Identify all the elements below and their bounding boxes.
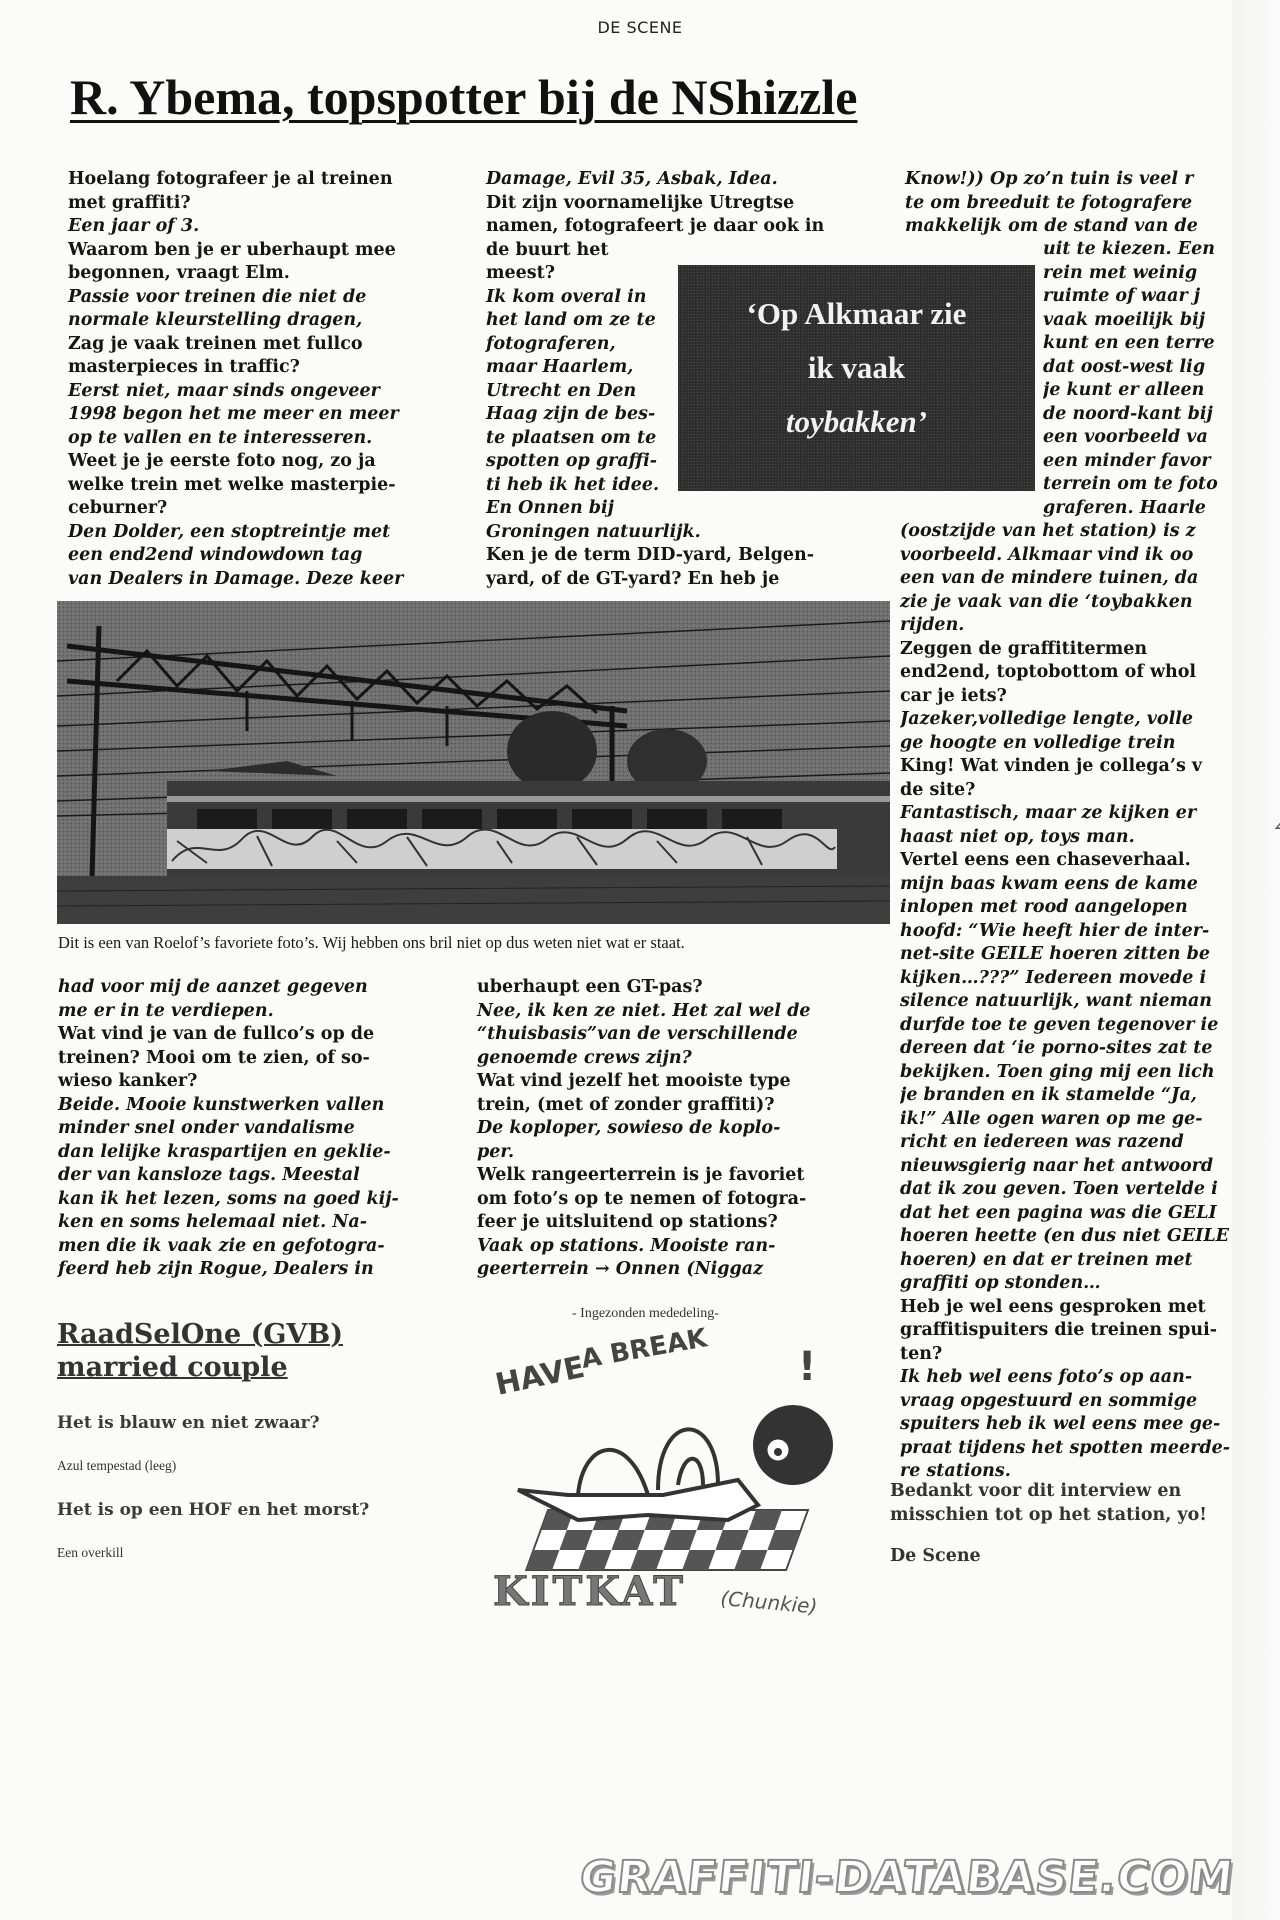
question-line: Hoelang fotografeer je al treinen bbox=[68, 168, 403, 192]
pull-quote-line-1: ‘Op Alkmaar zie bbox=[678, 287, 1035, 341]
answer-line: Een jaar of 3. bbox=[68, 215, 403, 239]
answer-line: Fantastisch, maar ze kijken er bbox=[900, 802, 1233, 826]
answer-line: kunt en een terre bbox=[1043, 332, 1233, 356]
answer-line: Damage, Evil 35, Asbak, Idea. bbox=[486, 168, 824, 192]
answer-line: “thuisbasis”van de verschillende bbox=[477, 1023, 811, 1047]
question-line: Weet je je eerste foto nog, zo ja bbox=[68, 450, 403, 474]
pull-quote: ‘Op Alkmaar zie ik vaak toybakken’ bbox=[678, 265, 1035, 491]
answer-line: hoeren heette (en dus niet GEILE bbox=[900, 1225, 1233, 1249]
answer-line: bekijken. Toen ging mij een lich bbox=[900, 1061, 1233, 1085]
answer-line: op te vallen en te interesseren. bbox=[68, 427, 403, 451]
answer-line: ge hoogte en volledige trein bbox=[900, 732, 1233, 756]
answer-line: minder snel onder vandalisme bbox=[58, 1117, 399, 1141]
answer-line: vaak moeilijk bij bbox=[1043, 309, 1233, 333]
answer-line: dan lelijke kraspartijen en geklie- bbox=[58, 1141, 399, 1165]
answer-line: terrein om te foto bbox=[1043, 473, 1233, 497]
question-line: trein, (met of zonder graffiti)? bbox=[477, 1094, 811, 1118]
train-photo-illustration bbox=[57, 601, 890, 924]
answer-line: dat ik zou geven. Toen vertelde i bbox=[900, 1178, 1233, 1202]
train-graffiti-photo bbox=[57, 601, 890, 924]
answer-line: per. bbox=[477, 1141, 811, 1165]
sidebar-title-line-2: married couple bbox=[57, 1351, 343, 1384]
answer-line: mijn baas kwam eens de kame bbox=[900, 873, 1233, 897]
answer-line: men die ik vaak zie en gefotogra- bbox=[58, 1235, 399, 1259]
answer-line: Passie voor treinen die niet de bbox=[68, 286, 403, 310]
column-3-rest: (oostzijde van het station) is zvoorbeel… bbox=[900, 520, 1233, 1484]
answer-line: Beide. Mooie kunstwerken vallen bbox=[58, 1094, 399, 1118]
answer-line: makkelijk om de stand van de bbox=[905, 215, 1198, 239]
question-line: end2end, toptobottom of whol bbox=[900, 661, 1233, 685]
question-line: yard, of de GT-yard? En heb je bbox=[486, 568, 824, 592]
question-line: Zeggen de graffititermen bbox=[900, 638, 1233, 662]
answer-line: een minder favor bbox=[1043, 450, 1233, 474]
question-line: King! Wat vinden je collega’s v bbox=[900, 755, 1233, 779]
closing-remark: Bedankt voor dit interview en misschien … bbox=[890, 1480, 1207, 1527]
answer-line: graffiti op stonden… bbox=[900, 1272, 1233, 1296]
question-line: de buurt het bbox=[486, 239, 824, 263]
answer-line: nieuwsgierig naar het antwoord bbox=[900, 1155, 1233, 1179]
question-line: ceburner? bbox=[68, 497, 403, 521]
svg-text:(Chunkie): (Chunkie) bbox=[720, 1586, 819, 1618]
question-line: masterpieces in traffic? bbox=[68, 356, 403, 380]
answer-line: voorbeeld. Alkmaar vind ik oo bbox=[900, 544, 1233, 568]
column-3-top: Know!)) Op zo’n tuin is veel rte om bree… bbox=[905, 168, 1198, 239]
question-line: car je iets? bbox=[900, 685, 1233, 709]
answer-line: rein met weinig bbox=[1043, 262, 1233, 286]
svg-text:KITKAT: KITKAT bbox=[493, 1568, 686, 1615]
question-line: treinen? Mooi om te zien, of so- bbox=[58, 1047, 399, 1071]
photo-caption: Dit is een van Roelof’s favoriete foto’s… bbox=[58, 933, 685, 953]
sidebar-answer-1: Azul tempestad (leeg) bbox=[57, 1458, 176, 1474]
answer-line: spuiters heb ik wel eens mee ge- bbox=[900, 1413, 1233, 1437]
article-title: R. Ybema, topspotter bij de NShizzle bbox=[70, 70, 857, 124]
answer-line: uit te kiezen. Een bbox=[1043, 238, 1233, 262]
answer-line: der van kansloze tags. Meestal bbox=[58, 1164, 399, 1188]
answer-line: geerterrein → Onnen (Niggaz bbox=[477, 1258, 811, 1282]
question-line: Vertel eens een chaseverhaal. bbox=[900, 849, 1233, 873]
column-2-bottom: uberhaupt een GT-pas?Nee, ik ken ze niet… bbox=[477, 976, 811, 1282]
question-line: om foto’s op te nemen of fotogra- bbox=[477, 1188, 811, 1212]
answer-line: Vaak op stations. Mooiste ran- bbox=[477, 1235, 811, 1259]
answer-line: genoemde crews zijn? bbox=[477, 1047, 811, 1071]
answer-line: dereen dat ‘ie porno-sites zat te bbox=[900, 1037, 1233, 1061]
answer-line: En Onnen bij bbox=[486, 497, 824, 521]
question-line: Zag je vaak treinen met fullco bbox=[68, 333, 403, 357]
question-line: Heb je wel eens gesproken met bbox=[900, 1296, 1233, 1320]
question-line: ten? bbox=[900, 1343, 1233, 1367]
question-line: feer je uitsluitend op stations? bbox=[477, 1211, 811, 1235]
answer-line: de noord-kant bij bbox=[1043, 403, 1233, 427]
question-line: graffitispuiters die treinen spui- bbox=[900, 1319, 1233, 1343]
answer-line: normale kleurstelling dragen, bbox=[68, 309, 403, 333]
have-a-break-cartoon-icon: HAVE A BREAK ! KITKAT (Chunkie) bbox=[488, 1320, 868, 1620]
answer-line: silence natuurlijk, want nieman bbox=[900, 990, 1233, 1014]
watermark-graffiti-database: GRAFFITI-DATABASE.COM bbox=[578, 1852, 1237, 1903]
answer-line: kan ik het lezen, soms na goed kij- bbox=[58, 1188, 399, 1212]
question-line: Welk rangeerterrein is je favoriet bbox=[477, 1164, 811, 1188]
answer-line: een end2end windowdown tag bbox=[68, 544, 403, 568]
answer-line: 1998 begon het me meer en meer bbox=[68, 403, 403, 427]
question-line: wieso kanker? bbox=[58, 1070, 399, 1094]
svg-text:A BREAK: A BREAK bbox=[579, 1323, 710, 1375]
answer-line: had voor mij de aanzet gegeven bbox=[58, 976, 399, 1000]
answer-line: hoeren) en dat er treinen met bbox=[900, 1249, 1233, 1273]
answer-line: hoofd: “Wie heeft hier de inter- bbox=[900, 920, 1233, 944]
answer-line: zie je vaak van die ‘toybakken bbox=[900, 591, 1233, 615]
question-line: Waarom ben je er uberhaupt mee bbox=[68, 239, 403, 263]
answer-line: van Dealers in Damage. Deze keer bbox=[68, 568, 403, 592]
answer-line: ik!” Alle ogen waren op me ge- bbox=[900, 1108, 1233, 1132]
question-line: Wat vind je van de fullco’s op de bbox=[58, 1023, 399, 1047]
answer-line: je branden en ik stamelde “Ja, bbox=[900, 1084, 1233, 1108]
sidebar-answer-2: Een overkill bbox=[57, 1545, 123, 1561]
question-line: namen, fotografeert je daar ook in bbox=[486, 215, 824, 239]
closing-line-1: Bedankt voor dit interview en bbox=[890, 1480, 1207, 1504]
answer-line: net-site GEILE hoeren zitten be bbox=[900, 943, 1233, 967]
answer-line: Den Dolder, een stoptreintje met bbox=[68, 521, 403, 545]
answer-line: praat tijdens het spotten meerde- bbox=[900, 1437, 1233, 1461]
answer-line: Know!)) Op zo’n tuin is veel r bbox=[905, 168, 1198, 192]
question-line: Wat vind jezelf het mooiste type bbox=[477, 1070, 811, 1094]
answer-line: Ik heb wel eens foto’s op aan- bbox=[900, 1366, 1233, 1390]
page-fold-shadow bbox=[1232, 0, 1280, 1920]
column-1-top: Hoelang fotografeer je al treinenmet gra… bbox=[68, 168, 403, 591]
answer-line: vraag opgestuurd en sommige bbox=[900, 1390, 1233, 1414]
answer-line: kijken…???” Iedereen movede i bbox=[900, 967, 1233, 991]
question-line: Dit zijn voornamelijke Utregtse bbox=[486, 192, 824, 216]
question-line: welke trein met welke masterpie- bbox=[68, 474, 403, 498]
answer-line: De koploper, sowieso de koplo- bbox=[477, 1117, 811, 1141]
section-label: DE SCENE bbox=[0, 18, 1280, 37]
sidebar-question-1: Het is blauw en niet zwaar? bbox=[57, 1413, 320, 1433]
answer-line: ruimte of waar j bbox=[1043, 285, 1233, 309]
pull-quote-line-3: toybakken’ bbox=[678, 395, 1035, 449]
answer-line: haast niet op, toys man. bbox=[900, 826, 1233, 850]
answer-line: feerd heb zijn Rogue, Dealers in bbox=[58, 1258, 399, 1282]
closing-line-2: misschien tot op het station, yo! bbox=[890, 1504, 1207, 1528]
answer-line: een voorbeeld va bbox=[1043, 426, 1233, 450]
question-line: de site? bbox=[900, 779, 1233, 803]
question-line: begonnen, vraagt Elm. bbox=[68, 262, 403, 286]
answer-line: me er in te verdiepen. bbox=[58, 1000, 399, 1024]
answer-line: Groningen natuurlijk. bbox=[486, 521, 824, 545]
sidebar-title-line-1: RaadSelOne (GVB) bbox=[57, 1318, 343, 1351]
pull-quote-line-2: ik vaak bbox=[678, 341, 1035, 395]
sidebar-title: RaadSelOne (GVB) married couple bbox=[57, 1318, 343, 1384]
answer-line: te om breeduit te fotografere bbox=[905, 192, 1198, 216]
question-line: uberhaupt een GT-pas? bbox=[477, 976, 811, 1000]
answer-line: inlopen met rood aangelopen bbox=[900, 896, 1233, 920]
answer-line: dat oost-west lig bbox=[1043, 356, 1233, 380]
answer-line: Nee, ik ken ze niet. Het zal wel de bbox=[477, 1000, 811, 1024]
svg-text:HAVE: HAVE bbox=[492, 1350, 587, 1403]
answer-line: een van de mindere tuinen, da bbox=[900, 567, 1233, 591]
answer-line: Jazeker,volledige lengte, volle bbox=[900, 708, 1233, 732]
answer-line: je kunt er alleen bbox=[1043, 379, 1233, 403]
margin-mark: ∠ bbox=[1272, 812, 1280, 836]
signature: De Scene bbox=[890, 1545, 981, 1569]
question-line: Ken je de term DID-yard, Belgen- bbox=[486, 544, 824, 568]
kitkat-advert: HAVE A BREAK ! KITKAT (Chunkie) bbox=[488, 1320, 868, 1620]
answer-line: graferen. Haarle bbox=[1043, 497, 1233, 521]
column-1-bottom: had voor mij de aanzet gegevenme er in t… bbox=[58, 976, 399, 1282]
answer-line: dat het een pagina was die GELI bbox=[900, 1202, 1233, 1226]
answer-line: richt en iedereen was razend bbox=[900, 1131, 1233, 1155]
answer-line: (oostzijde van het station) is z bbox=[900, 520, 1233, 544]
svg-text:!: ! bbox=[798, 1344, 816, 1390]
answer-line: durfde toe te geven tegenover ie bbox=[900, 1014, 1233, 1038]
answer-line: ken en soms helemaal niet. Na- bbox=[58, 1211, 399, 1235]
answer-line: Eerst niet, maar sinds ongeveer bbox=[68, 380, 403, 404]
question-line: met graffiti? bbox=[68, 192, 403, 216]
sidebar-question-2: Het is op een HOF en het morst? bbox=[57, 1500, 369, 1520]
column-3-narrow: uit te kiezen. Eenrein met weinigruimte … bbox=[1043, 238, 1233, 520]
answer-line: rijden. bbox=[900, 614, 1233, 638]
